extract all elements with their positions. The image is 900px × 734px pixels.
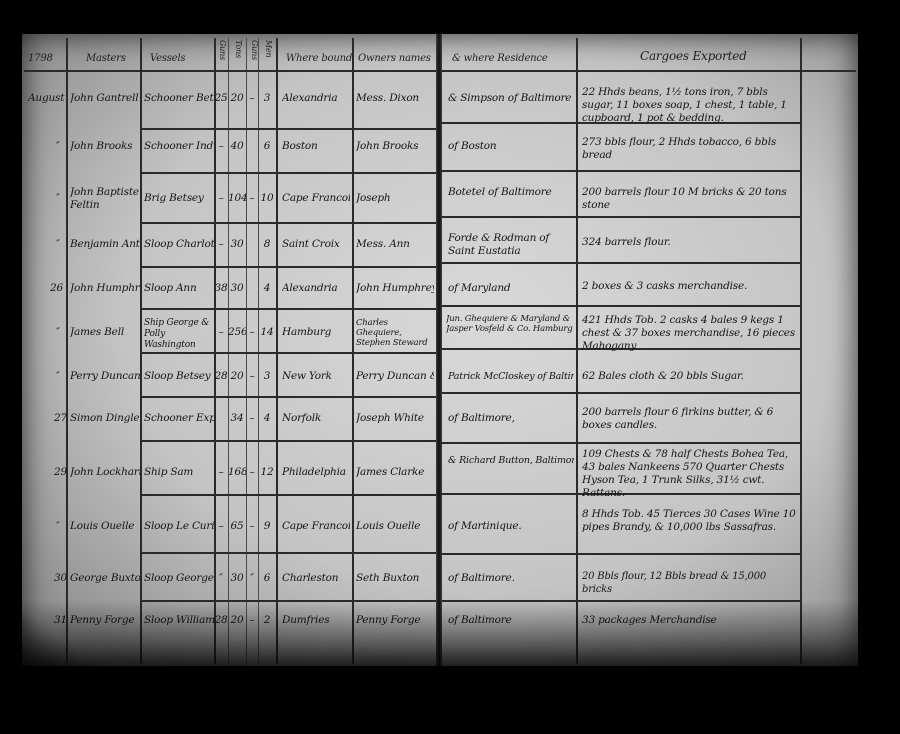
row-rule (140, 128, 436, 130)
row-col-a: – (214, 466, 228, 479)
row-col-a: – (214, 238, 228, 251)
row-date: ″ (56, 520, 60, 533)
rule-vessels-col (214, 38, 216, 664)
row-col-d: 12 (258, 466, 276, 479)
row-master: John Humphreys (70, 282, 140, 295)
row-rule (442, 305, 800, 307)
row-bound: Hamburg (282, 326, 350, 339)
row-residence: of Maryland (448, 282, 574, 295)
row-cargo: 20 Bbls flour, 12 Bbls bread & 15,000 br… (582, 570, 798, 596)
row-col-b: 20 (228, 92, 246, 105)
row-col-a: – (214, 140, 228, 153)
header-cargoes: Cargoes Exported (640, 50, 747, 63)
row-date: ″ (56, 370, 60, 383)
row-date: ″ (56, 140, 60, 153)
row-owner: Mess. Ann (356, 238, 434, 251)
row-cargo: 200 barrels flour 10 M bricks & 20 tons … (582, 186, 798, 212)
row-rule (140, 266, 436, 268)
row-vessel: Schooner Industry (144, 140, 214, 153)
row-col-c: – (246, 466, 258, 479)
row-col-a: – (214, 192, 228, 205)
row-col-d: 3 (258, 92, 276, 105)
row-col-c: – (246, 192, 258, 205)
row-col-a: – (214, 520, 228, 533)
row-owner: Perry Duncan & (356, 370, 434, 383)
row-residence: Forde & Rodman of Saint Eustatia (448, 232, 574, 258)
row-col-b: 20 (228, 370, 246, 383)
row-col-d: 4 (258, 282, 276, 295)
row-rule (140, 352, 436, 354)
row-date: 26 (50, 282, 63, 295)
rule-col-d (276, 38, 278, 664)
row-date: August 25 (28, 92, 66, 105)
row-col-c: – (246, 614, 258, 627)
row-cargo: 273 bbls flour, 2 Hhds tobacco, 6 bbls b… (582, 136, 798, 162)
row-owner: Joseph White (356, 412, 434, 425)
row-master: John Gantrell (70, 92, 140, 105)
rule-col-b (246, 38, 247, 664)
row-master: Louis Ouelle (70, 520, 140, 533)
row-owner: Penny Forge (356, 614, 434, 627)
row-col-b: 30 (228, 238, 246, 251)
row-bound: Alexandria (282, 282, 350, 295)
row-residence: of Baltimore (448, 614, 574, 627)
row-rule (140, 440, 436, 442)
header-residence: & where Residence (452, 52, 548, 65)
row-master: John Lockhart (70, 466, 140, 479)
row-vessel: Sloop Ann (144, 282, 214, 295)
row-bound: Philadelphia (282, 466, 350, 479)
row-owner: Joseph (356, 192, 434, 205)
row-col-a: – (214, 326, 228, 339)
row-vessel: Schooner Betsy (144, 92, 214, 105)
row-cargo: 324 barrels flour. (582, 236, 798, 249)
row-owner: Louis Ouelle (356, 520, 434, 533)
row-master: John Baptiste Feltin (70, 186, 140, 212)
row-col-d: 14 (258, 326, 276, 339)
row-cargo: 33 packages Merchandise (582, 614, 798, 627)
row-col-b: 40 (228, 140, 246, 153)
row-master: John Brooks (70, 140, 140, 153)
row-date: ″ (56, 326, 60, 339)
row-rule (442, 216, 800, 218)
row-col-c: – (246, 412, 258, 425)
row-bound: Saint Croix (282, 238, 350, 251)
row-owner: Charles Ghequiere, Stephen Steward (356, 318, 434, 348)
row-bound: New York (282, 370, 350, 383)
header-masters: Masters (86, 52, 126, 65)
row-bound: Charleston (282, 572, 350, 585)
header-rule-right (442, 70, 856, 72)
row-residence: Patrick McCloskey of Baltimore (448, 370, 574, 383)
row-master: George Buxton (70, 572, 140, 585)
row-bound: Alexandria (282, 92, 350, 105)
row-rule (442, 392, 800, 394)
row-cargo: 8 Hhds Tob. 45 Tierces 30 Cases Wine 10 … (582, 508, 798, 534)
row-col-b: 104 (228, 192, 246, 205)
row-col-b: 30 (228, 282, 246, 295)
row-col-c: – (246, 520, 258, 533)
row-col-d: 2 (258, 614, 276, 627)
row-col-d: 6 (258, 572, 276, 585)
row-col-d: 8 (258, 238, 276, 251)
row-col-a: 28 (214, 614, 228, 627)
row-rule (140, 172, 436, 174)
row-vessel: Brig Betsey (144, 192, 214, 205)
rule-residence-col (576, 38, 578, 664)
row-col-d: 3 (258, 370, 276, 383)
row-bound: Norfolk (282, 412, 350, 425)
row-vessel: Schooner Experiment (144, 412, 214, 425)
row-rule (140, 308, 436, 310)
row-bound: Boston (282, 140, 350, 153)
row-residence: Botetel of Baltimore (448, 186, 574, 199)
row-vessel: Sloop George (144, 572, 214, 585)
row-date: ″ (56, 192, 60, 205)
row-date: 31 (54, 614, 67, 627)
rule-col-a (228, 38, 229, 664)
row-cargo: 109 Chests & 78 half Chests Bohea Tea, 4… (582, 448, 798, 500)
row-rule (140, 222, 436, 224)
row-rule (140, 600, 436, 602)
row-residence: & Simpson of Baltimore (448, 92, 574, 105)
row-vessel: Ship George & Polly Washington (144, 318, 214, 351)
row-bound: Dumfries (282, 614, 350, 627)
row-col-a: 25 (214, 92, 228, 105)
row-residence: of Boston (448, 140, 574, 153)
row-vessel: Sloop Le Curieux (144, 520, 214, 533)
row-col-c: – (246, 326, 258, 339)
header-col-b: Tons (232, 40, 245, 58)
rule-col-c (258, 38, 259, 664)
rule-date-col (66, 38, 68, 664)
row-rule (442, 442, 800, 444)
rule-masters-col (140, 38, 142, 664)
row-bound: Cape Francois (282, 192, 350, 205)
row-date: ″ (56, 238, 60, 251)
rule-bound-col (352, 38, 354, 664)
row-rule (140, 494, 436, 496)
row-residence: of Baltimore. (448, 572, 574, 585)
header-vessels: Vessels (150, 52, 185, 65)
row-owner: John Humphreys (356, 282, 434, 295)
row-master: James Bell (70, 326, 140, 339)
row-col-a: 38 (214, 282, 228, 295)
row-col-c: – (246, 92, 258, 105)
row-col-b: 256 (228, 326, 246, 339)
row-vessel: Ship Sam (144, 466, 214, 479)
row-vessel: Sloop Charlotte (144, 238, 214, 251)
row-cargo: 62 Bales cloth & 20 bbls Sugar. (582, 370, 798, 383)
row-rule (442, 262, 800, 264)
row-residence: Jun. Ghequiere & Maryland & Jasper Vosfe… (446, 314, 576, 334)
row-col-b: 34 (228, 412, 246, 425)
row-owner: Seth Buxton (356, 572, 434, 585)
row-rule (442, 170, 800, 172)
row-bound: Cape Francois (282, 520, 350, 533)
row-owner: John Brooks (356, 140, 434, 153)
row-col-b: 30 (228, 572, 246, 585)
header-where-bound: Where bound (286, 52, 352, 65)
row-owner: Mess. Dixon (356, 92, 434, 105)
row-cargo: 421 Hhds Tob. 2 casks 4 bales 9 kegs 1 c… (582, 314, 798, 353)
row-col-a: 28 (214, 370, 228, 383)
book-gutter (436, 34, 442, 666)
row-date: 30 (54, 572, 67, 585)
row-cargo: 2 boxes & 3 casks merchandise. (582, 280, 798, 293)
row-residence: of Martinique. (448, 520, 574, 533)
row-date: 29 (54, 466, 67, 479)
header-col-a: Guns (216, 40, 229, 60)
row-vessel: Sloop Betsey (144, 370, 214, 383)
row-col-b: 20 (228, 614, 246, 627)
row-residence: & Richard Button, Baltimore (448, 454, 574, 467)
header-col-c: Guns (248, 40, 261, 60)
row-master: Benjamin Antoine (70, 238, 140, 251)
row-cargo: 22 Hhds beans, 1½ tons iron, 7 bbls suga… (582, 86, 798, 125)
row-master: Simon Dingle (70, 412, 140, 425)
row-col-d: 9 (258, 520, 276, 533)
row-rule (140, 396, 436, 398)
header-col-d: Men (262, 40, 275, 57)
row-col-d: 10 (258, 192, 276, 205)
row-col-d: 4 (258, 412, 276, 425)
header-owners: Owners names (358, 52, 431, 65)
row-date: 27 (54, 412, 67, 425)
row-col-a: ″ (214, 572, 228, 585)
row-col-b: 65 (228, 520, 246, 533)
header-date: 1798 (28, 52, 53, 65)
row-vessel: Sloop William (144, 614, 214, 627)
row-master: Penny Forge (70, 614, 140, 627)
row-rule (442, 600, 800, 602)
row-col-c: – (246, 370, 258, 383)
row-residence: of Baltimore, (448, 412, 574, 425)
row-owner: James Clarke (356, 466, 434, 479)
row-rule (140, 552, 436, 554)
row-col-d: 6 (258, 140, 276, 153)
row-col-b: 168 (228, 466, 246, 479)
row-rule (442, 553, 800, 555)
header-rule-left (24, 70, 436, 72)
row-cargo: 200 barrels flour 6 firkins butter, & 6 … (582, 406, 798, 432)
row-master: Perry Duncan (70, 370, 140, 383)
row-col-c: ″ (246, 572, 258, 585)
rule-cargo-col (800, 38, 802, 664)
